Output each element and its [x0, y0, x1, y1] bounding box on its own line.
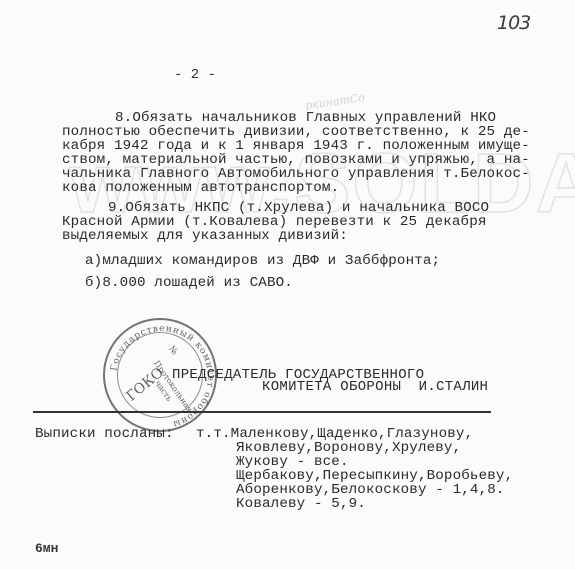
paragraph-8-line: полностью обеспечить дивизии, соответств… — [62, 125, 530, 139]
paragraph-8-line: кова положенным автотранспортом. — [62, 181, 339, 195]
svg-text:ГОКО: ГОКО — [123, 365, 166, 405]
faint-handwriting: ркинатСо — [304, 91, 365, 112]
page-number: - 2 - — [174, 67, 216, 83]
document-page: www.SOLDAT.ru ркинатСо 103 - 2 - 8.Обяза… — [0, 0, 575, 569]
paragraph-9-line: Красной Армии (т.Ковалева) перевезти к 2… — [62, 215, 487, 229]
distribution-line: Ковалеву - 5,9. — [236, 497, 366, 511]
svg-text:№: № — [166, 344, 179, 357]
paragraph-9-item: а)младших командиров из ДВФ и Заббфронта… — [85, 254, 440, 268]
paragraph-8-line: ством, материальной частью, повозками и … — [62, 153, 530, 167]
distribution-line: Аборенкову,Белокоскову - 1,4,8. — [236, 483, 505, 497]
paragraph-8-line: кабря 1942 года и к 1 января 1943 г. пол… — [62, 139, 530, 153]
paragraph-9-line: выделяемых для указанных дивизий: — [62, 229, 348, 243]
distribution-line: Яковлеву,Воронову,Хрулеву, — [236, 441, 461, 455]
distribution-line: Жукову - все. — [236, 455, 349, 469]
typist-code: 6мн — [35, 541, 58, 556]
paragraph-8-line: 8.Обязать начальников Главных управлений… — [115, 111, 496, 125]
distribution-label: Выписки посланы: — [35, 427, 174, 441]
distribution-line: Щербакову,Пересыпкину,Воробьеву, — [236, 469, 513, 483]
archive-number: 103 — [497, 12, 530, 34]
paragraph-9-item: б)8.000 лошадей из САВО. — [85, 276, 293, 290]
divider-line — [33, 411, 491, 413]
signature-name: КОМИТЕТА ОБОРОНЫ И.СТАЛИН — [262, 379, 488, 395]
distribution-line: т.т.Маленкову,Щаденко,Глазунову, — [196, 427, 473, 441]
paragraph-9-line: 9.Обязать НКПС (т.Хрулева) и начальника … — [108, 201, 489, 215]
paragraph-8-line: чальника Главного Автомобильного управле… — [62, 167, 530, 181]
